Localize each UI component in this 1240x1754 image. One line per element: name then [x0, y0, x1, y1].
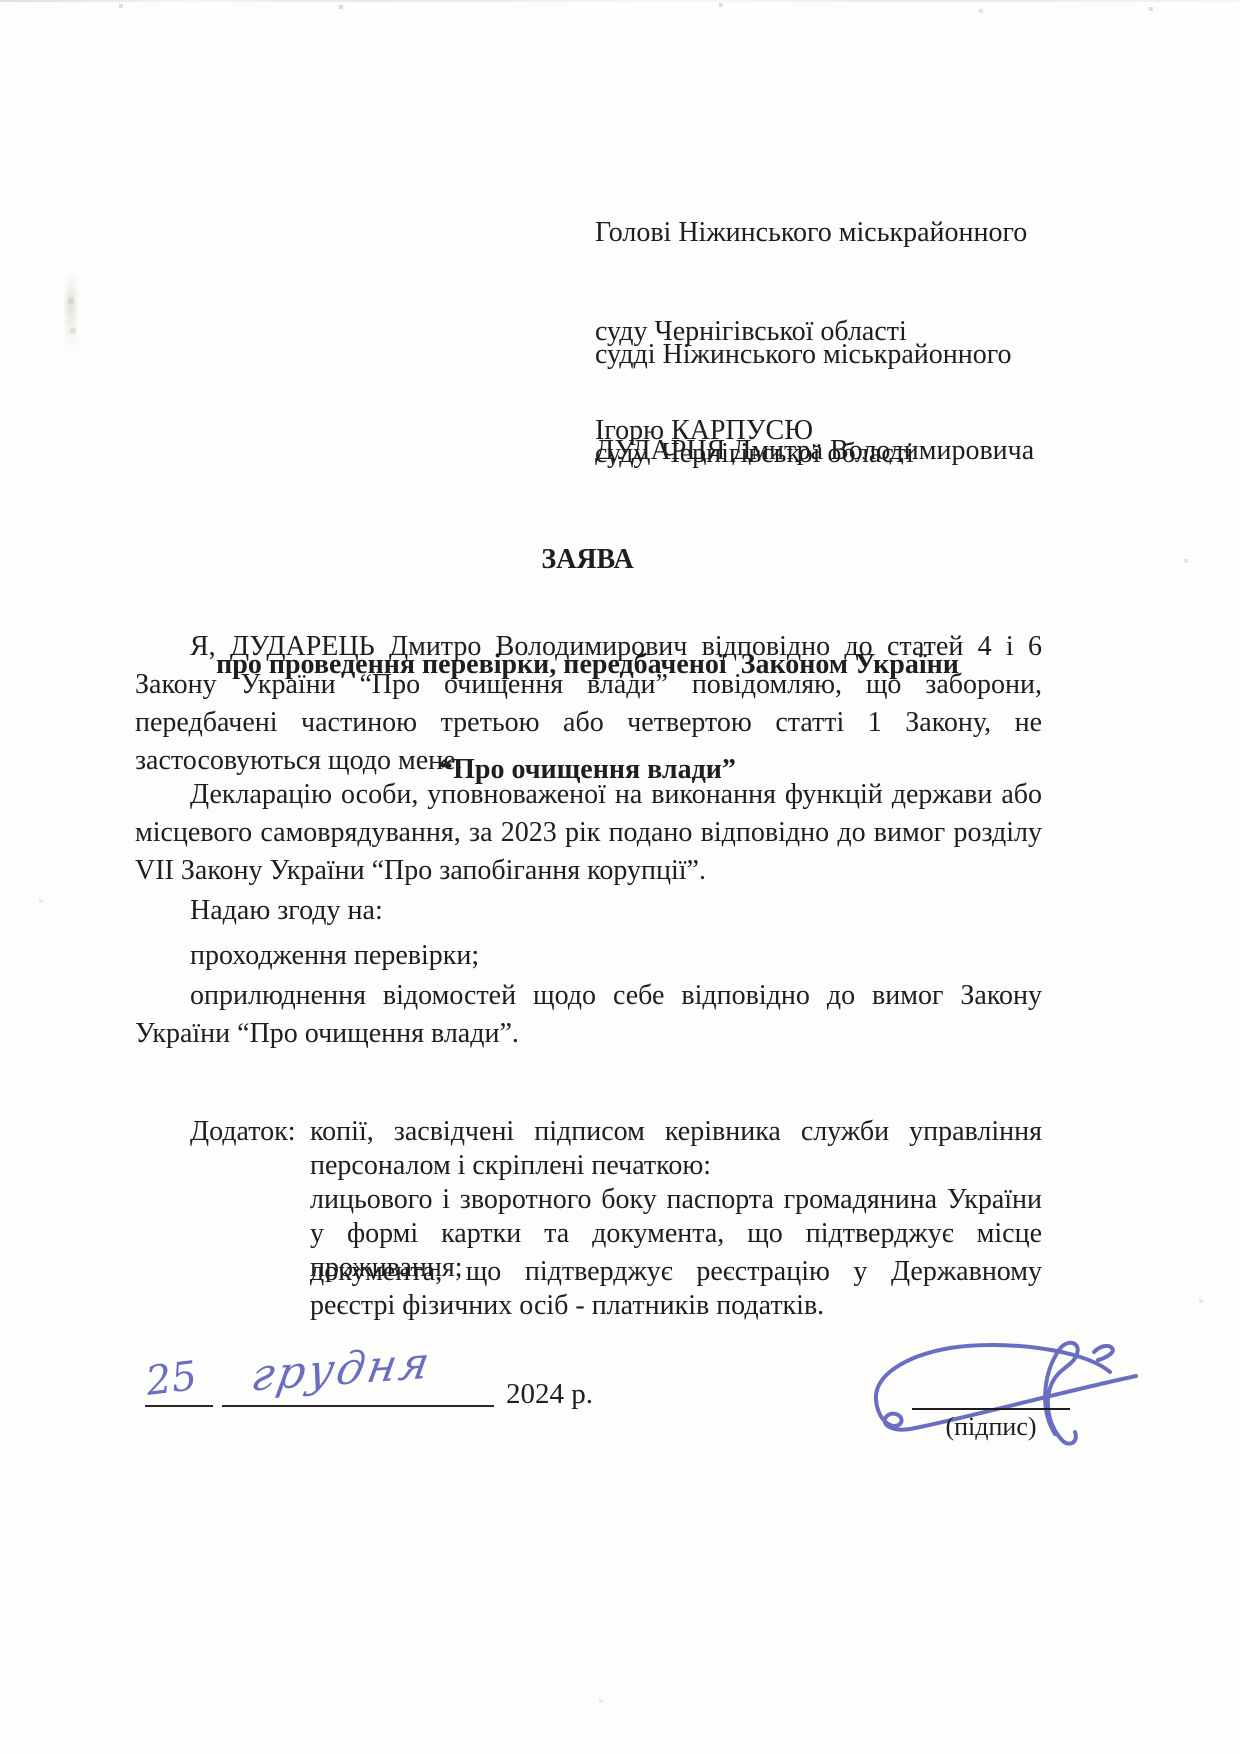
signature-underline	[912, 1408, 1070, 1410]
date-day-underline	[145, 1405, 213, 1407]
addressee-line: судді Ніжинського міськрайонного	[595, 338, 1012, 371]
paragraph-statement: Я, ДУДАРЕЦЬ Дмитро Володимирович відпові…	[135, 628, 1042, 780]
year-label: 2024 р.	[506, 1378, 593, 1411]
attachments-label: Додаток:	[190, 1115, 296, 1149]
document-page: Голові Ніжинського міськрайонного суду Ч…	[0, 0, 1240, 1754]
scan-noise-specks	[0, 0, 2, 2]
applicant-name: ДУДАРЦЯ Дмитра Володимировича	[595, 434, 1034, 467]
scan-smudge	[66, 272, 76, 352]
attachment-item-tax-registry: документа, що підтверджує реєстрацію у Д…	[310, 1255, 1042, 1323]
addressee-line: Голові Ніжинського міськрайонного	[595, 216, 1027, 249]
attachments-intro: копії, засвідчені підписом керівника слу…	[310, 1115, 1042, 1183]
date-month-underline	[222, 1405, 494, 1407]
paragraph-declaration: Декларацію особи, уповноваженої на викон…	[135, 776, 1042, 890]
scan-edge-artifact	[0, 0, 1240, 2]
handwritten-month: грудня	[248, 1337, 437, 1401]
consent-item-publication: оприлюднення відомостей щодо себе відпов…	[135, 977, 1042, 1053]
handwritten-day: 25	[143, 1353, 199, 1405]
consent-item-check: проходження перевірки;	[190, 937, 479, 975]
consent-intro: Надаю згоду на:	[190, 892, 383, 930]
document-title: ЗАЯВА	[135, 542, 1040, 577]
signature-caption: (підпис)	[912, 1412, 1070, 1442]
